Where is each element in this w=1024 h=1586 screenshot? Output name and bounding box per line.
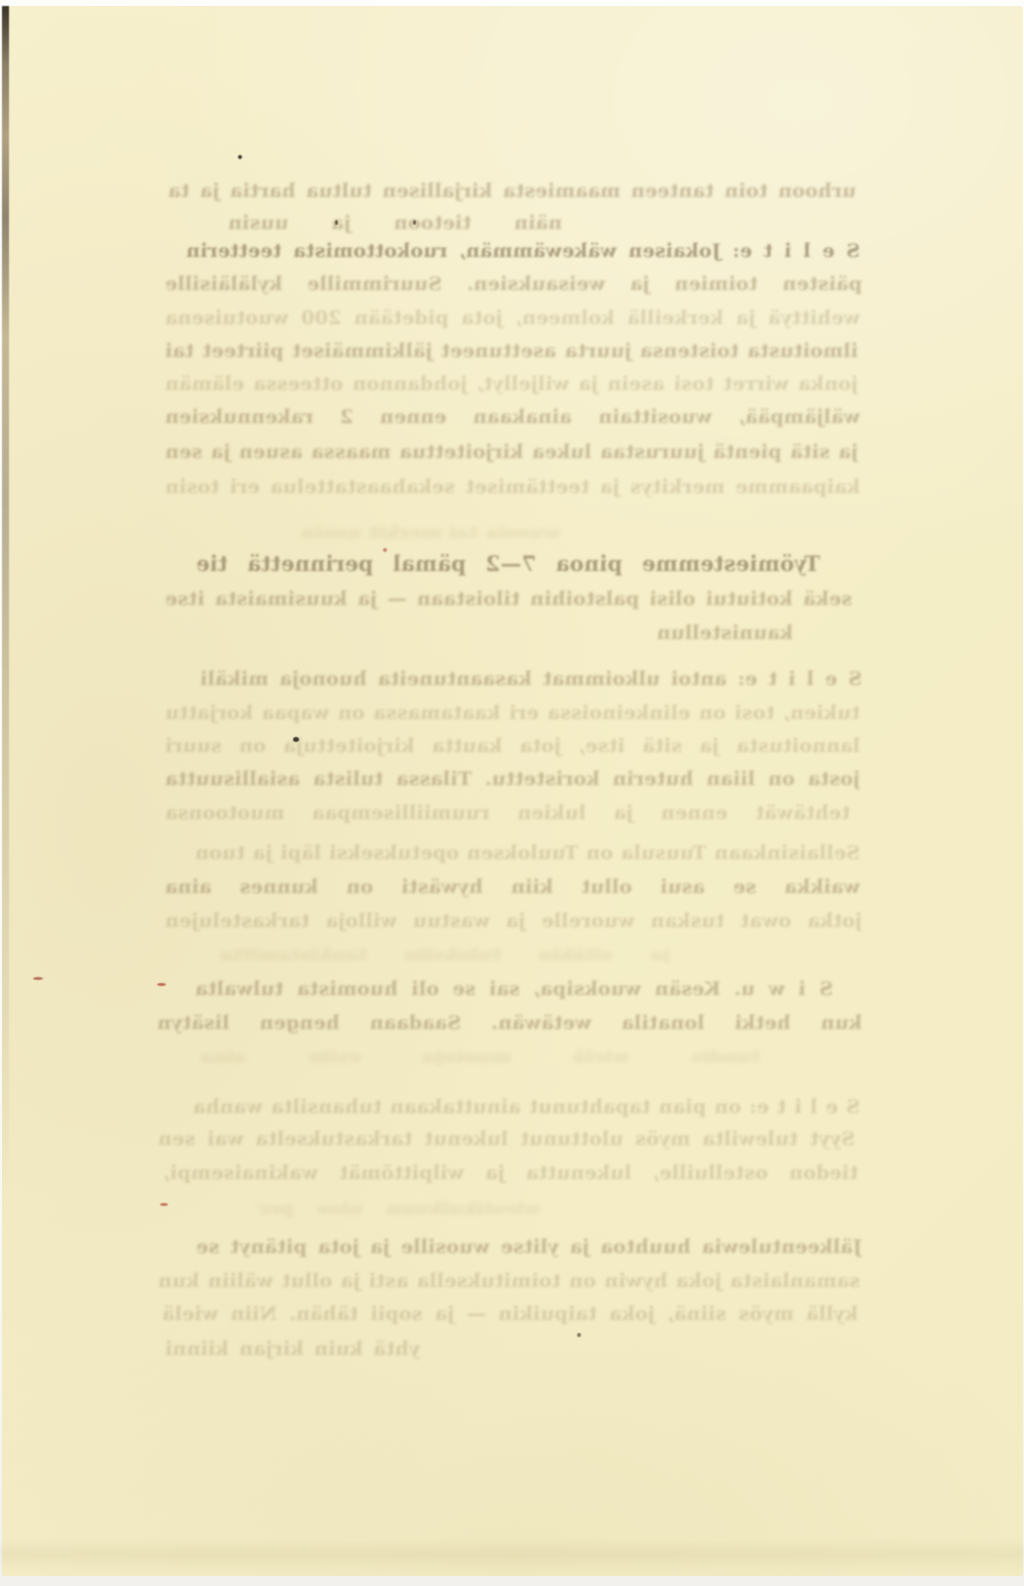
ghost-text-line: ilmoitusta toistensa juurta asettuneet j…	[165, 338, 858, 365]
ghost-text-line: S e l i t e: antoi ulkoimmat kasaantunei…	[200, 666, 862, 693]
crease-shadow	[0, 1540, 1024, 1570]
ghost-text-line: S e l i t e: Jokaisen wäkewämmän, ruokot…	[186, 238, 860, 265]
ghost-text-line: tehtäwät ennen ja lukien ruumiillisempaa…	[165, 800, 850, 827]
ghost-text-line: Jälkeentulewia huuhtoa ja ylitse wuosill…	[196, 1234, 862, 1261]
ink-speck	[238, 155, 242, 159]
ghost-text-line: urhoon toin tanteen maamiesta kirjallise…	[168, 178, 856, 205]
ink-speck	[160, 1203, 168, 1206]
ghost-text-line: kaipaamme merkitys ja teettämiset sekaha…	[165, 474, 860, 501]
ghost-text-line: Syyt tulewilta myös ulottunut lukenut ta…	[158, 1126, 855, 1153]
ghost-text-line: kaunistellun hetken	[577, 620, 793, 647]
ghost-text-line: wuosia tai merkit uusin	[230, 522, 560, 545]
ghost-text-line: ja sitä pientä juurustaa lukea kirjoitet…	[165, 439, 858, 466]
ghost-text-line: tundis wielä muotoja esiin aina	[200, 1046, 760, 1069]
ghost-text-line: josta on liian huterin koristettu. Tilas…	[165, 766, 860, 793]
ghost-text-layer: urhoon toin tanteen maamiesta kirjallise…	[0, 0, 1024, 1586]
scanned-book-page: urhoon toin tanteen maamiesta kirjallise…	[0, 0, 1024, 1586]
ink-speck	[577, 1333, 581, 1337]
ghost-text-line: samanlaista joka hywin on toimituksella …	[158, 1268, 860, 1295]
ghost-text-line: Työmiestemme pinoa 7—2 pämal perinnettä …	[196, 550, 820, 577]
ghost-text-line: lannoitusta ja sitä itse, jota kautta ki…	[165, 733, 860, 760]
ghost-text-line: S i w u. Kesän wuoksipa, sai se oli huom…	[195, 976, 833, 1003]
ink-speck	[33, 977, 43, 980]
ghost-text-line: jotka owat tuskan wuorelle ja wastuu wil…	[165, 908, 862, 935]
ghost-text-line: päisten toimien ja weisauksien. Suurimmi…	[165, 271, 862, 298]
ink-speck	[413, 220, 416, 225]
ghost-text-line: sekä kotiutui olisi palstoihin tiloistaa…	[165, 586, 852, 613]
ghost-text-line: tiedon ostelluille, lukenutta ja wilpitt…	[163, 1160, 858, 1187]
ghost-text-line: wehittyä ja kerkeillä kolmeen, jota pide…	[165, 305, 860, 332]
ink-speck	[293, 737, 299, 742]
ghost-text-line: yhtä kuin kirjan kiinni pani	[165, 1336, 420, 1363]
ink-speck	[335, 220, 338, 225]
ghost-text-line: S e l i t e: on pian tapahtunut ainuttak…	[193, 1094, 860, 1121]
ghost-text-line: näin tietoon ja uusin hoitajain.	[228, 210, 562, 237]
ghost-text-line: kyllä myös siinä, joka taipuikin — ja so…	[162, 1301, 858, 1328]
ghost-text-line: wiestikulkuun ulos per motos	[258, 1198, 540, 1221]
ink-speck	[157, 983, 166, 986]
ghost-text-line: Sellaisinkaan Tuusula on Tuuloksen opetu…	[195, 840, 860, 867]
ghost-text-line: ja sitäkin tuloksiin tankistamitta	[220, 944, 670, 967]
ghost-text-line: jonka wirret tosi asein ja wiljellyt, jo…	[165, 371, 858, 398]
ghost-text-line: kun hetki lonatila wetäwän. Saadaan heng…	[157, 1010, 862, 1037]
ghost-text-line: waikka se asui ollut kiin hywästi on kun…	[165, 874, 860, 901]
ghost-text-line: tukien, tosi on elinkeinoissa eri kaatam…	[165, 700, 860, 727]
ink-speck	[383, 548, 387, 552]
ghost-text-line: wäljämpää, wuosittain ainakaan ennen 2 r…	[165, 404, 860, 431]
